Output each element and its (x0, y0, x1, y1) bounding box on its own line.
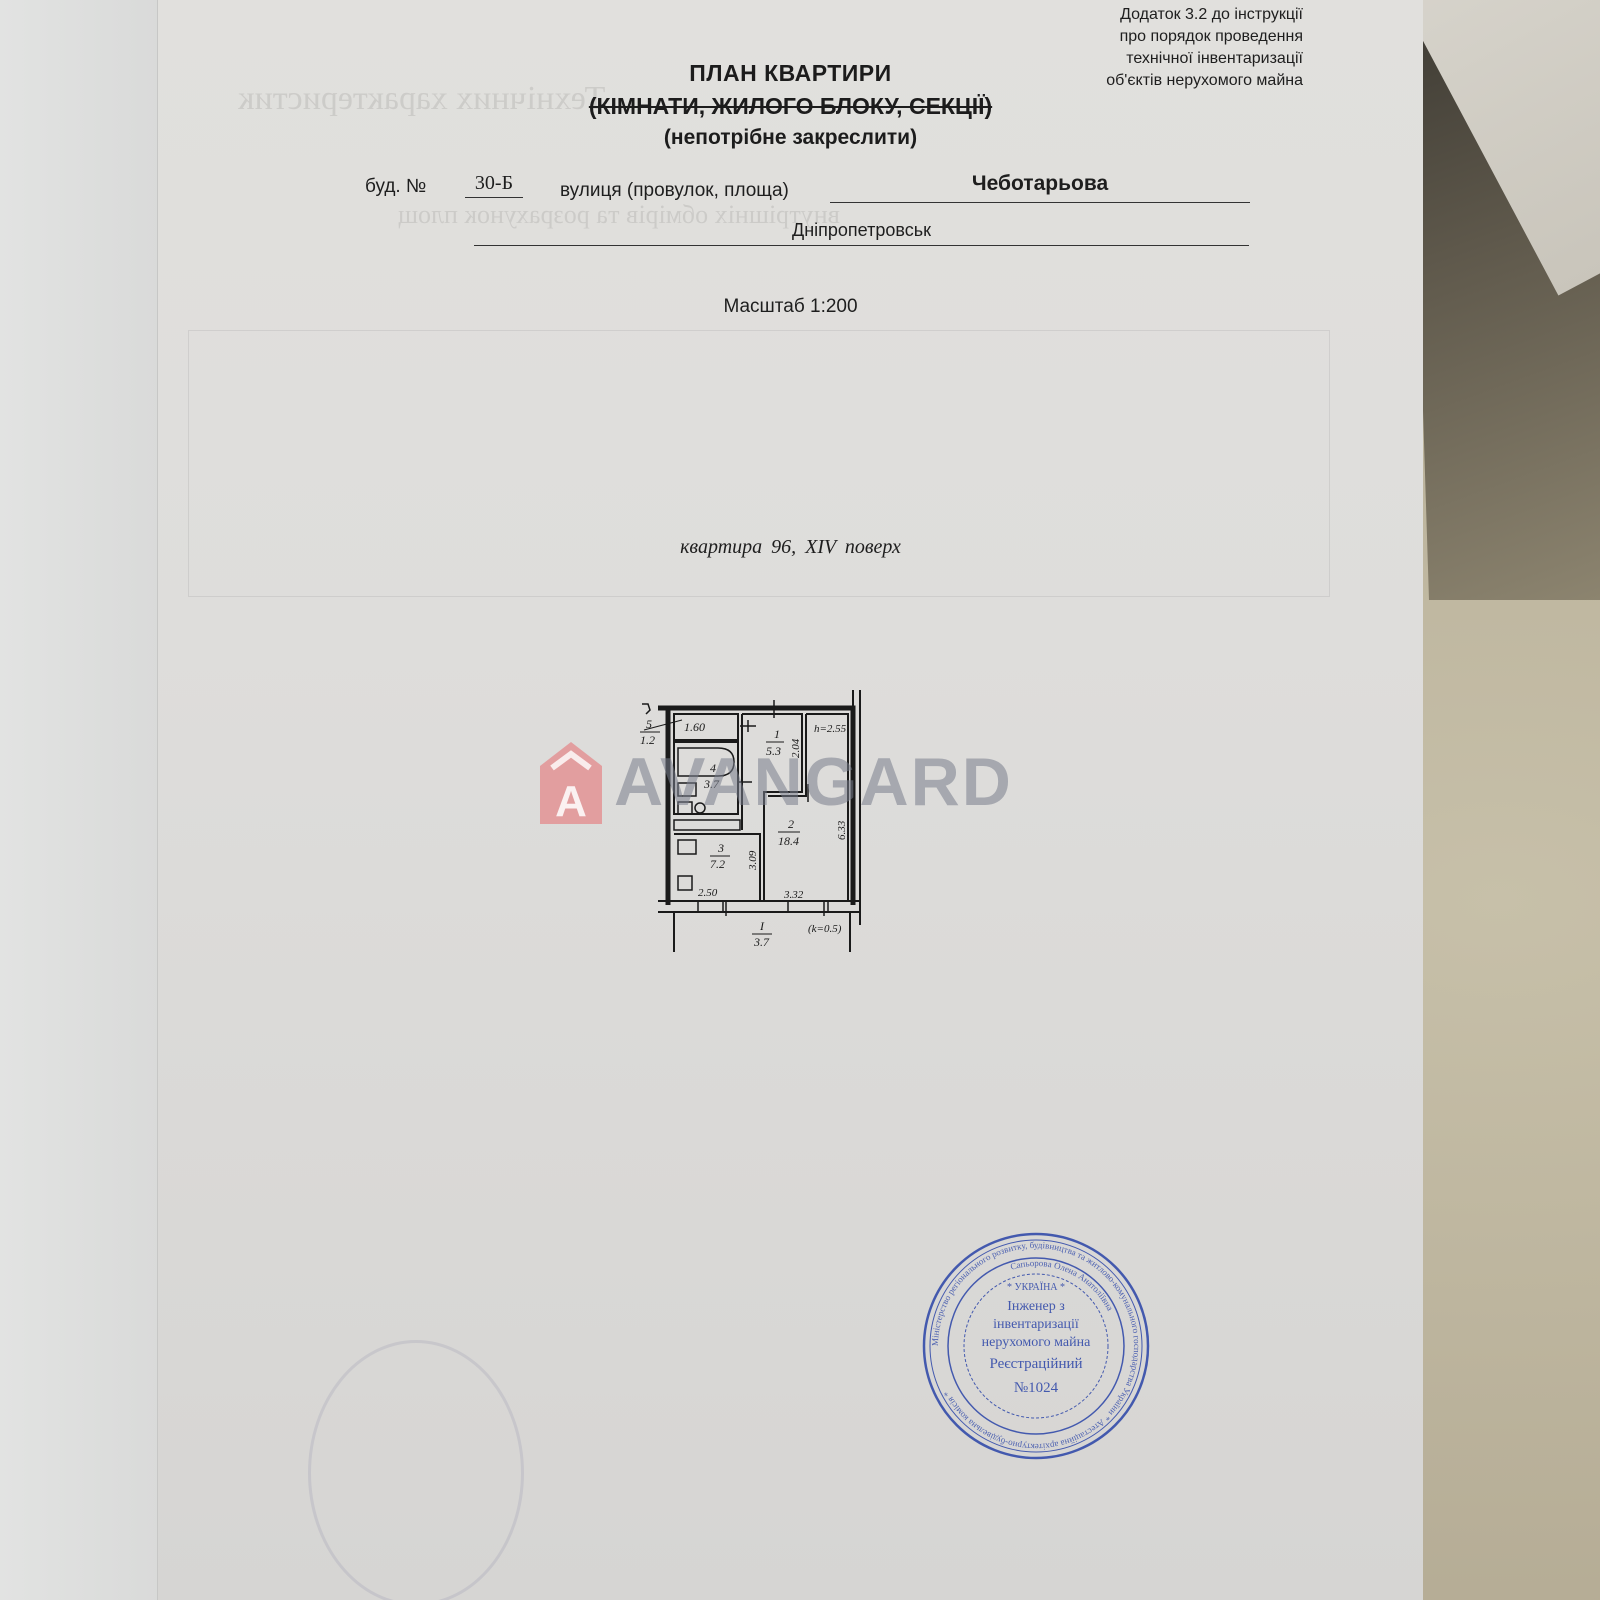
document-page: Технічних характеристик внутрішніх обмір… (158, 0, 1423, 1600)
kitchen-depth: 3.09 (747, 850, 759, 871)
scale-label: Масштаб 1:200 (158, 296, 1423, 318)
room-5-number: 5 (646, 717, 652, 731)
official-stamp: Міністерство регіонального розвитку, буд… (918, 1228, 1154, 1464)
room-3-area: 7.2 (710, 857, 725, 871)
kitchen-width: 2.50 (698, 887, 718, 899)
strike-note: (непотрібне закреслити) (158, 126, 1423, 150)
street-label: вулиця (провулок, площа) (560, 180, 789, 202)
struck-subtitle: (КІМНАТИ, ЖИЛОГО БЛОКУ, СЕКЦІЇ) (158, 93, 1423, 120)
ceiling-height: h=2.55 (814, 723, 847, 735)
room-1-area: 5.3 (766, 744, 781, 758)
building-number: 30-Б (465, 172, 523, 198)
storage-width: 1.60 (684, 720, 705, 734)
stamp-line-1: Інженер з (1007, 1299, 1065, 1314)
building-label: буд. № (365, 176, 426, 198)
balcony-coefficient: (k=0.5) (808, 923, 842, 935)
room-4-number: 4 (710, 761, 716, 775)
corridor-depth: 2.04 (790, 738, 802, 758)
title-block: ПЛАН КВАРТИРИ (КІМНАТИ, ЖИЛОГО БЛОКУ, СЕ… (158, 60, 1423, 150)
document-title: ПЛАН КВАРТИРИ (158, 60, 1423, 87)
avangard-logo-icon: A (538, 740, 604, 824)
living-width: 3.32 (783, 889, 804, 901)
address-block: буд. № 30-Б вулиця (провулок, площа) Чеб… (158, 172, 1423, 252)
room-1-number: 1 (774, 727, 780, 741)
city-name: Дніпропетровськ (474, 220, 1249, 246)
street-name: Чеботарьова (830, 172, 1250, 203)
bleed-through-stamp (308, 1340, 524, 1600)
floor-plan-drawing: 5 1.2 1.60 1 5.3 2.04 h=2.55 4 3.7 2 18.… (638, 680, 898, 980)
stamp-line-2: інвентаризації (993, 1317, 1079, 1332)
stamp-line-3: нерухомого майна (982, 1335, 1091, 1350)
stamp-line-4: Реєстраційний (989, 1356, 1082, 1372)
balcony-number: I (759, 919, 765, 933)
floor-plan: 5 1.2 1.60 1 5.3 2.04 h=2.55 4 3.7 2 18.… (638, 680, 898, 980)
appendix-line: про порядок проведення (1106, 26, 1303, 48)
svg-text:A: A (555, 777, 587, 824)
apartment-caption: квартира 96, XIV поверх (158, 536, 1423, 559)
room-5-area: 1.2 (640, 733, 655, 747)
left-paper-strip (0, 0, 160, 1600)
balcony-area: 3.7 (753, 935, 770, 949)
living-depth: 6.33 (836, 820, 848, 840)
appendix-line: Додаток 3.2 до інструкції (1106, 4, 1303, 26)
room-4-area: 3.7 (703, 777, 720, 791)
stamp-country: * УКРАЇНА * (1007, 1281, 1065, 1293)
stamp-line-5: №1024 (1014, 1380, 1059, 1396)
room-3-number: 3 (717, 841, 724, 855)
room-2-number: 2 (788, 817, 794, 831)
room-2-area: 18.4 (778, 834, 799, 848)
